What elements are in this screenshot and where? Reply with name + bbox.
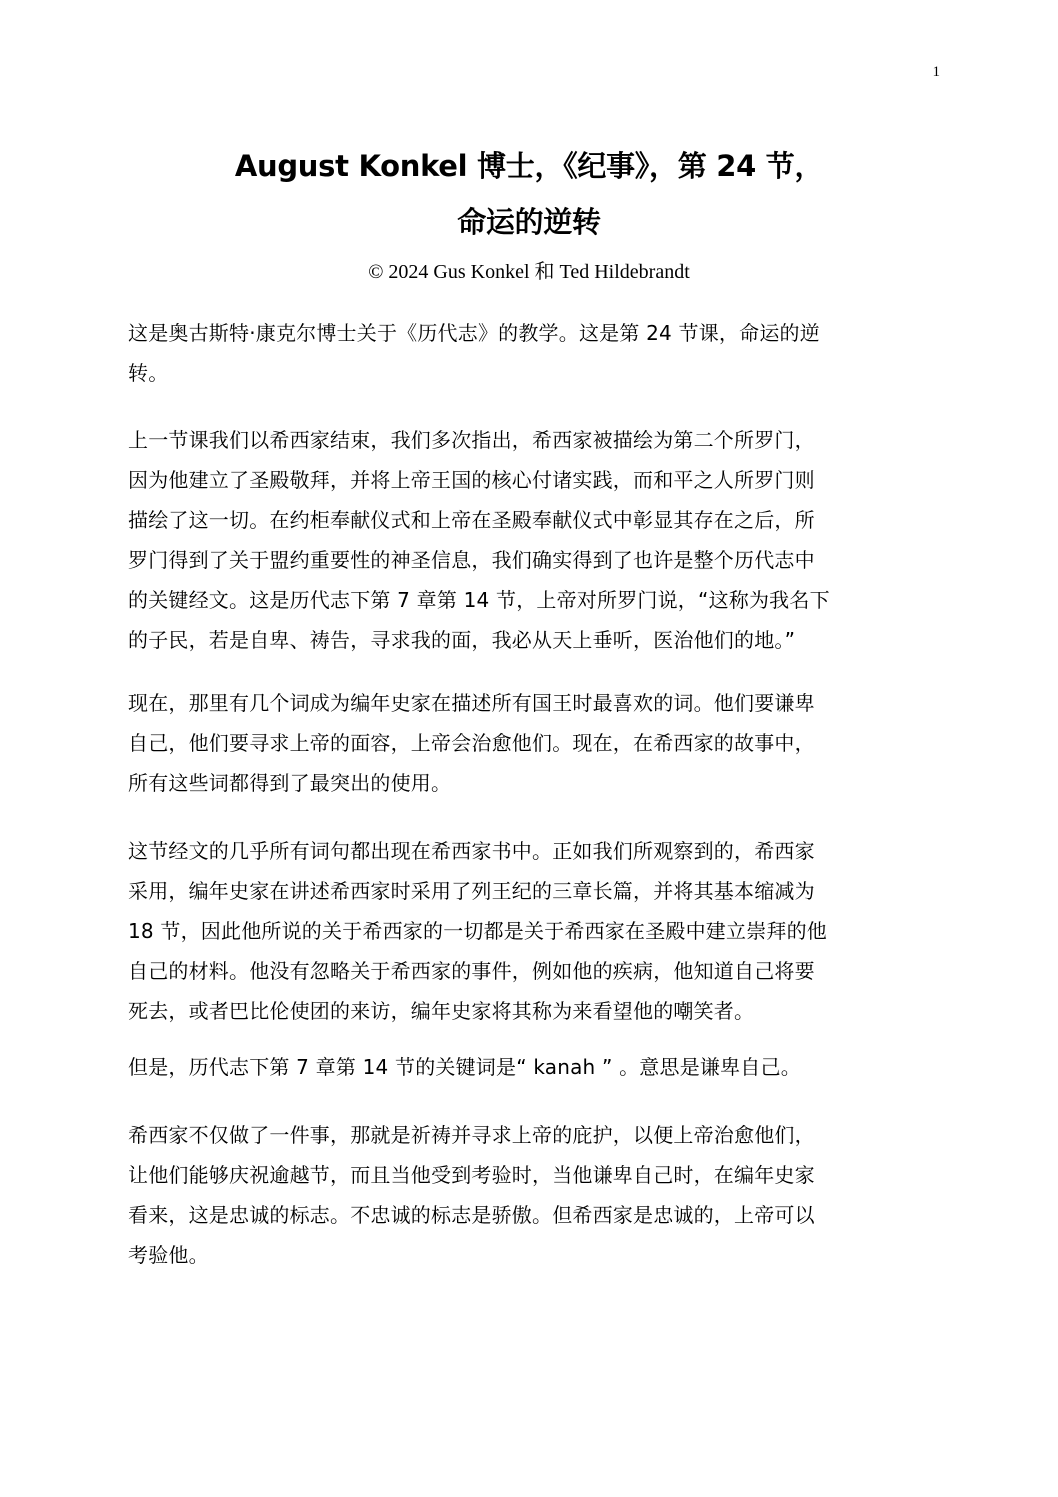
paragraph-favorite-words: 现在，那里有几个词成为编年史家在描述所有国王时最喜欢的词。他们要谦卑 自己，他们… [128,683,928,803]
text-line: 转。 [128,353,928,393]
text-line: 的子民，若是自卑、祷告，寻求我的面，我必从天上垂听，医治他们的地。” [128,620,928,660]
paragraph-hezekiah-book: 这节经文的几乎所有词句都出现在希西家书中。正如我们所观察到的，希西家 采用，编年… [128,831,928,1031]
document-title-line-1: August Konkel 博士，《纪事》，第 24 节， [0,144,1058,185]
paragraph-intro: 这是奥古斯特·康克尔博士关于《历代志》的教学。这是第 24 节课，命运的逆 转。 [128,313,928,393]
text-line: 现在，那里有几个词成为编年史家在描述所有国王时最喜欢的词。他们要谦卑 [128,683,928,723]
text-line: 罗门得到了关于盟约重要性的神圣信息，我们确实得到了也许是整个历代志中 [128,540,928,580]
text-line: 这是奥古斯特·康克尔博士关于《历代志》的教学。这是第 24 节课，命运的逆 [128,313,928,353]
page-number: 1 [920,64,940,81]
text-line: 看来，这是忠诚的标志。不忠诚的标志是骄傲。但希西家是忠诚的，上帝可以 [128,1195,928,1235]
text-line: 希西家不仅做了一件事，那就是祈祷并寻求上帝的庇护，以便上帝治愈他们， [128,1115,928,1155]
paragraph-solomon: 上一节课我们以希西家结束，我们多次指出，希西家被描绘为第二个所罗门， 因为他建立… [128,420,928,660]
text-line: 但是，历代志下第 7 章第 14 节的关键词是“ kanah ” 。意思是谦卑自… [128,1047,928,1087]
text-line: 因为他建立了圣殿敬拜，并将上帝王国的核心付诸实践，而和平之人所罗门则 [128,460,928,500]
text-line: 让他们能够庆祝逾越节，而且当他受到考验时，当他谦卑自己时，在编年史家 [128,1155,928,1195]
paragraph-kanah: 但是，历代志下第 7 章第 14 节的关键词是“ kanah ” 。意思是谦卑自… [128,1047,928,1087]
paragraph-faithfulness: 希西家不仅做了一件事，那就是祈祷并寻求上帝的庇护，以便上帝治愈他们， 让他们能够… [128,1115,928,1275]
document-title-line-2: 命运的逆转 [0,200,1058,241]
text-line: 自己的材料。他没有忽略关于希西家的事件，例如他的疾病，他知道自己将要 [128,951,928,991]
text-line: 上一节课我们以希西家结束，我们多次指出，希西家被描绘为第二个所罗门， [128,420,928,460]
copyright-notice: © 2024 Gus Konkel 和 Ted Hildebrandt [0,255,1058,284]
text-line: 所有这些词都得到了最突出的使用。 [128,763,928,803]
text-line: 描绘了这一切。在约柜奉献仪式和上帝在圣殿奉献仪式中彰显其存在之后，所 [128,500,928,540]
text-line: 考验他。 [128,1235,928,1275]
text-line: 死去，或者巴比伦使团的来访，编年史家将其称为来看望他的嘲笑者。 [128,991,928,1031]
text-line: 这节经文的几乎所有词句都出现在希西家书中。正如我们所观察到的，希西家 [128,831,928,871]
text-line: 的关键经文。这是历代志下第 7 章第 14 节，上帝对所罗门说，“这称为我名下 [128,580,928,620]
text-line: 自己，他们要寻求上帝的面容，上帝会治愈他们。现在，在希西家的故事中， [128,723,928,763]
text-line: 采用，编年史家在讲述希西家时采用了列王纪的三章长篇，并将其基本缩减为 [128,871,928,911]
text-line: 18 节，因此他所说的关于希西家的一切都是关于希西家在圣殿中建立崇拜的他 [128,911,928,951]
